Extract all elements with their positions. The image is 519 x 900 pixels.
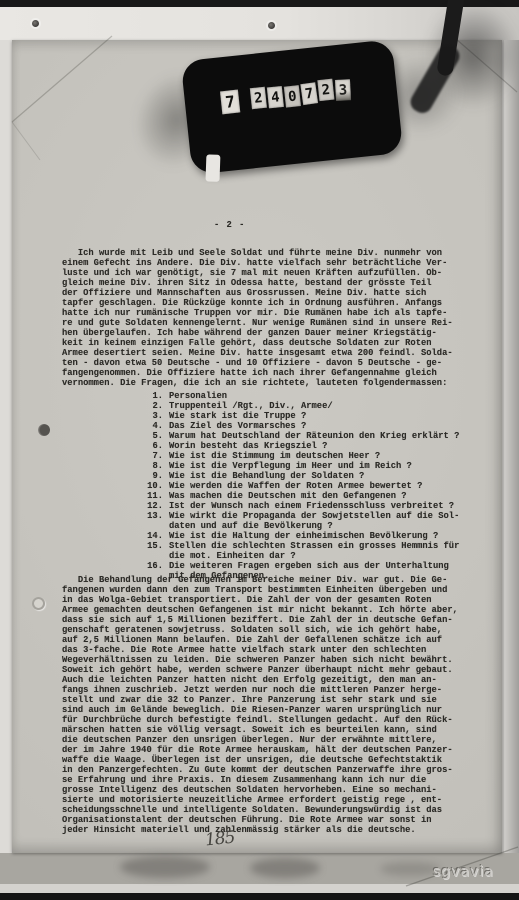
question-item: 12.Ist der Wunsch nach einem Friedenssch… bbox=[146, 501, 459, 511]
page-number: - 2 - bbox=[214, 220, 245, 230]
counter-digit-cell: 3 bbox=[335, 79, 351, 101]
paragraph-intro: Ich wurde mit Leib und Seele Soldat und … bbox=[62, 248, 466, 388]
question-item: 6.Worin besteht das Kriegsziel ? bbox=[146, 441, 459, 451]
backing-board-bottom-strip bbox=[0, 884, 519, 893]
question-number: 3. bbox=[146, 411, 163, 421]
question-item: 8.Wie ist die Verpflegung im Heer und im… bbox=[146, 461, 459, 471]
question-number: 13. bbox=[146, 511, 163, 531]
question-number: 5. bbox=[146, 431, 163, 441]
counter-digit-cell: 2 bbox=[317, 79, 334, 101]
question-item: 14.Wie ist die Haltung der einheimischen… bbox=[146, 531, 459, 541]
question-number: 11. bbox=[146, 491, 163, 501]
photographed-document-scan: - 2 - Ich wurde mit Leib und Seele Solda… bbox=[0, 0, 519, 900]
screw-icon bbox=[268, 22, 275, 29]
question-number: 14. bbox=[146, 531, 163, 541]
question-text: Wie wirkt die Propaganda der Sowjetstell… bbox=[169, 511, 459, 531]
screw-icon bbox=[32, 20, 39, 27]
question-item: 4.Das Ziel des Vormarsches ? bbox=[146, 421, 459, 431]
question-number: 15. bbox=[146, 541, 163, 561]
question-number: 2. bbox=[146, 401, 163, 411]
question-item: 3.Wie stark ist die Truppe ? bbox=[146, 411, 459, 421]
counter-digit-cell: 7 bbox=[220, 90, 240, 115]
question-item: 15.Stellen die schlechten Strassen ein g… bbox=[146, 541, 459, 561]
question-number: 9. bbox=[146, 471, 163, 481]
dirt-smudge bbox=[120, 856, 210, 878]
question-text: Wie ist die Haltung der einheimischen Be… bbox=[169, 531, 438, 541]
question-list: 1.Personalien2.Truppenteil /Rgt., Div., … bbox=[146, 391, 459, 581]
question-text: Stellen die schlechten Strassen ein gros… bbox=[169, 541, 459, 561]
punch-hole-top bbox=[38, 424, 50, 436]
question-number: 10. bbox=[146, 481, 163, 491]
question-number: 6. bbox=[146, 441, 163, 451]
question-text: Wie ist die Stimmung im deutschen Heer ? bbox=[169, 451, 380, 461]
paragraph-body: Die Behandlung der Gefangenen im Bereich… bbox=[62, 575, 466, 835]
page-right-shadow bbox=[500, 40, 519, 853]
dirt-smudge bbox=[250, 858, 320, 878]
question-text: Was machen die Deutschen mit den Gefange… bbox=[169, 491, 407, 501]
question-text: Truppenteil /Rgt., Div., Armee/ bbox=[169, 401, 333, 411]
question-number: 4. bbox=[146, 421, 163, 431]
backing-board-top-strip bbox=[0, 7, 519, 40]
question-number: 7. bbox=[146, 451, 163, 461]
question-text: Das Ziel des Vormarsches ? bbox=[169, 421, 306, 431]
question-text: Wie stark ist die Truppe ? bbox=[169, 411, 306, 421]
counter-digit-cell: 7 bbox=[300, 82, 318, 105]
question-item: 5.Warum hat Deutschland der Räteunion de… bbox=[146, 431, 459, 441]
question-item: 9.Wie ist die Behandlung der Soldaten ? bbox=[146, 471, 459, 481]
counter-digit-cell: 2 bbox=[250, 87, 267, 109]
question-item: 2.Truppenteil /Rgt., Div., Armee/ bbox=[146, 401, 459, 411]
handwritten-page-number: 185 bbox=[204, 828, 235, 851]
dirt-smudge bbox=[380, 862, 440, 876]
question-text: Warum hat Deutschland der Räteunion den … bbox=[169, 431, 459, 441]
film-frame-top-bar bbox=[0, 0, 519, 7]
question-item: 10.Wie werden die Waffen der Roten Armee… bbox=[146, 481, 459, 491]
counter-digit-row: 7240723 bbox=[220, 78, 354, 115]
counter-digit-cell: 4 bbox=[267, 86, 284, 108]
punch-hole-bottom bbox=[32, 597, 45, 610]
question-item: 13.Wie wirkt die Propaganda der Sowjetst… bbox=[146, 511, 459, 531]
question-item: 7.Wie ist die Stimmung im deutschen Heer… bbox=[146, 451, 459, 461]
film-frame-bottom-bar bbox=[0, 893, 519, 900]
question-number: 1. bbox=[146, 391, 163, 401]
question-number: 8. bbox=[146, 461, 163, 471]
question-item: 11.Was machen die Deutschen mit den Gefa… bbox=[146, 491, 459, 501]
counter-digit-cell: 0 bbox=[284, 85, 301, 107]
question-text: Ist der Wunsch nach einem Friedensschlus… bbox=[169, 501, 454, 511]
watermark: sgvavia bbox=[433, 864, 494, 880]
question-text: Worin besteht das Kriegsziel ? bbox=[169, 441, 327, 451]
question-item: 1.Personalien bbox=[146, 391, 459, 401]
counter-device-tab bbox=[205, 154, 220, 181]
frame-counter-device: 7240723 bbox=[181, 39, 404, 175]
question-text: Wie ist die Verpflegung im Heer und im R… bbox=[169, 461, 412, 471]
question-text: Personalien bbox=[169, 391, 227, 401]
question-text: Wie werden die Waffen der Roten Armee be… bbox=[169, 481, 422, 491]
question-number: 12. bbox=[146, 501, 163, 511]
question-text: Wie ist die Behandlung der Soldaten ? bbox=[169, 471, 364, 481]
